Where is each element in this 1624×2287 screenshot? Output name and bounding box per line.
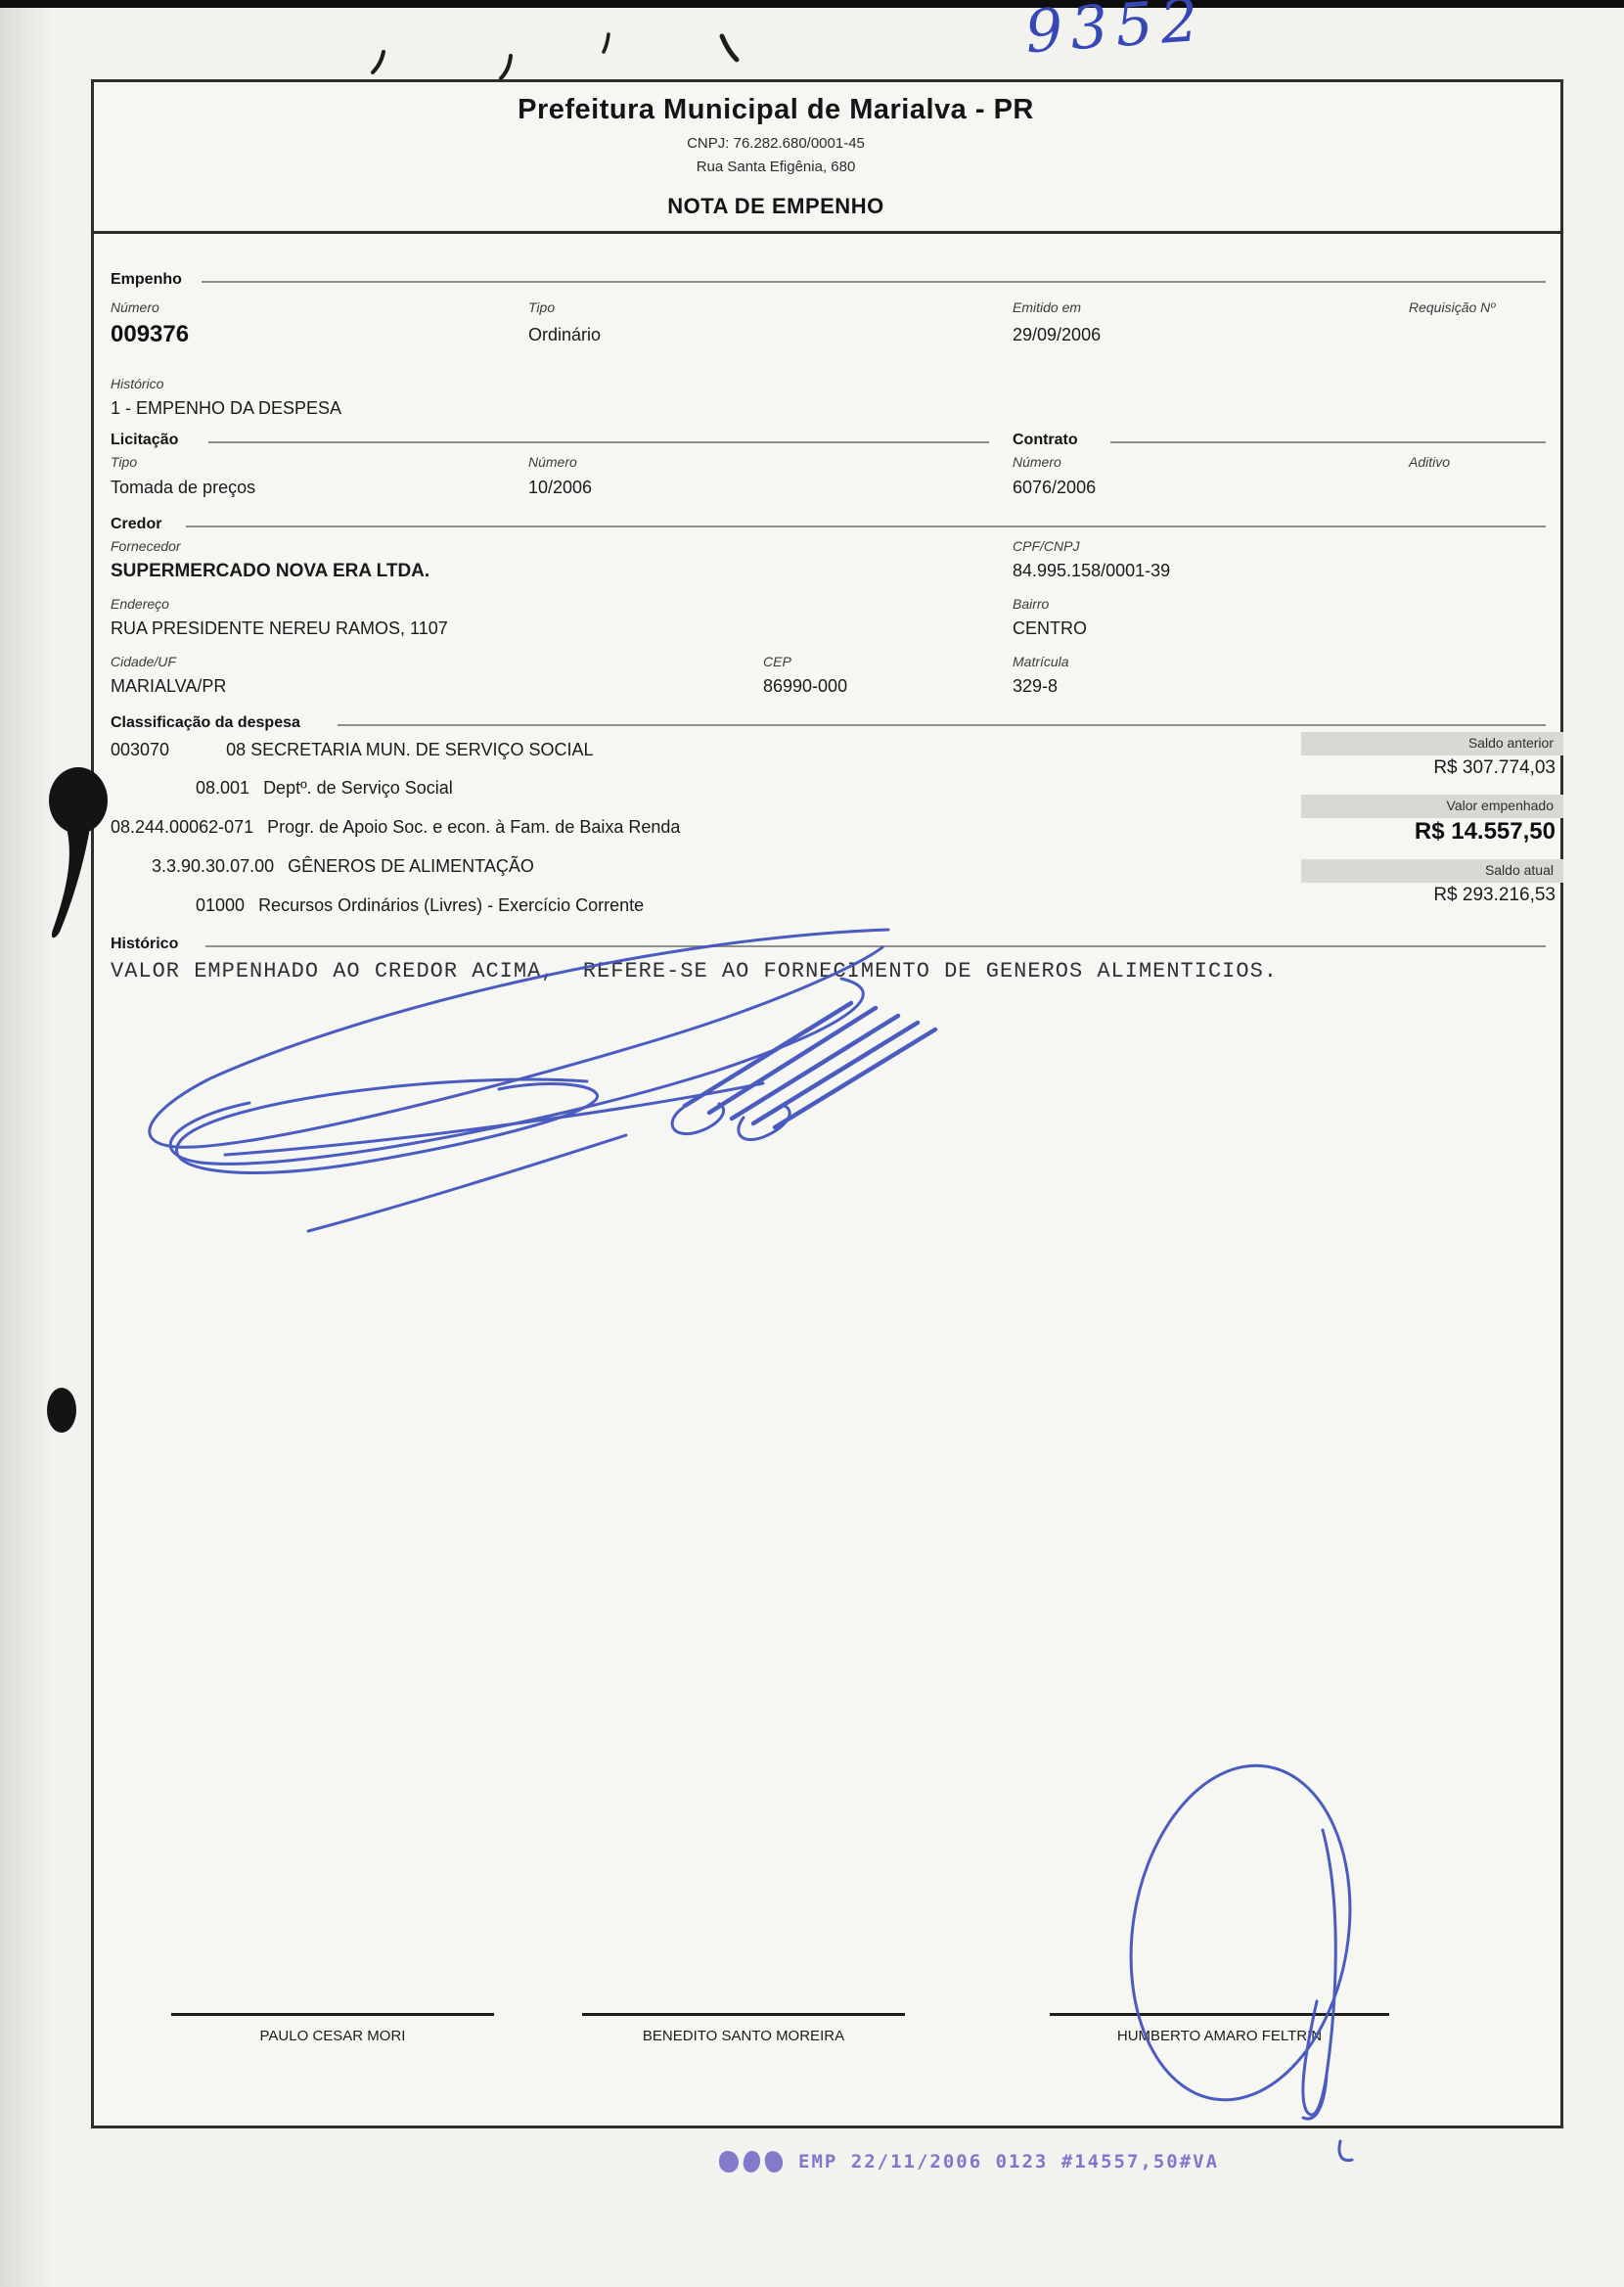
field-endereco-value: RUA PRESIDENTE NEREU RAMOS, 1107 [111, 618, 448, 639]
stamp-blob [763, 2150, 785, 2174]
section-credor: Credor [111, 516, 161, 533]
classification-row: 08.244.00062-071Progr. de Apoio Soc. e e… [111, 817, 680, 838]
field-licitacao-numero-label: Número [528, 454, 577, 470]
classification-code: 08.244.00062-071 [111, 817, 253, 837]
classification-desc: Progr. de Apoio Soc. e econ. à Fam. de B… [267, 817, 680, 837]
field-fornecedor-label: Fornecedor [111, 538, 181, 554]
stamp-text: EMP 22/11/2006 0123 #14557,50#VA [798, 2151, 1219, 2173]
field-cep-value: 86990-000 [763, 676, 847, 697]
classification-code: 3.3.90.30.07.00 [152, 856, 274, 876]
ink-dot [45, 1386, 80, 1437]
field-cpfcnpj-value: 84.995.158/0001-39 [1013, 561, 1170, 581]
section-rule [186, 526, 1546, 527]
section-licitacao: Licitação [111, 432, 178, 449]
field-contrato-numero-value: 6076/2006 [1013, 478, 1096, 498]
section-classificacao: Classificação da despesa [111, 714, 300, 732]
saldo-atual-label: Saldo atual [1485, 862, 1554, 878]
saldo-anterior-value: R$ 307.774,03 [1272, 757, 1556, 779]
header-divider [91, 231, 1563, 234]
field-contrato-aditivo-label: Aditivo [1409, 454, 1450, 470]
stamp-blob [742, 2149, 763, 2173]
field-empenho-numero-value: 009376 [111, 321, 189, 348]
field-cep-label: CEP [763, 654, 791, 669]
field-contrato-numero-label: Número [1013, 454, 1061, 470]
bank-stamp: EMP 22/11/2006 0123 #14557,50#VA [719, 2151, 1219, 2173]
section-rule [202, 281, 1546, 283]
saldo-anterior-bar: Saldo anterior [1301, 732, 1563, 755]
pen-marks [362, 24, 753, 83]
classification-row: 3.3.90.30.07.00GÊNEROS DE ALIMENTAÇÃO [152, 856, 534, 877]
signature-scribble [78, 910, 939, 1262]
field-empenho-historico-label: Histórico [111, 376, 163, 391]
section-empenho: Empenho [111, 271, 182, 289]
field-empenho-numero-label: Número [111, 299, 159, 315]
section-rule [208, 441, 989, 443]
field-bairro-label: Bairro [1013, 596, 1049, 612]
classification-desc: 08 SECRETARIA MUN. DE SERVIÇO SOCIAL [226, 740, 593, 759]
field-licitacao-tipo-value: Tomada de preços [111, 478, 255, 498]
field-bairro-value: CENTRO [1013, 618, 1087, 639]
classification-row: 00307008 SECRETARIA MUN. DE SERVIÇO SOCI… [111, 740, 594, 760]
ink-blob [39, 761, 122, 952]
classification-desc: GÊNEROS DE ALIMENTAÇÃO [288, 856, 534, 876]
field-empenho-historico-value: 1 - EMPENHO DA DESPESA [111, 398, 341, 419]
field-requisicao-label: Requisição Nº [1409, 299, 1495, 315]
section-rule [1110, 441, 1546, 443]
saldo-atual-bar: Saldo atual [1301, 859, 1563, 883]
section-contrato: Contrato [1013, 432, 1078, 449]
field-fornecedor-value: SUPERMERCADO NOVA ERA LTDA. [111, 561, 429, 582]
field-matricula-value: 329-8 [1013, 676, 1058, 697]
cnpj-line: CNPJ: 76.282.680/0001-45 [91, 135, 1461, 152]
stamp-mark-icon [719, 2151, 783, 2173]
municipality-title: Prefeitura Municipal de Marialva - PR [91, 94, 1461, 126]
signature-line [171, 2013, 494, 2016]
document-title: NOTA DE EMPENHO [91, 194, 1461, 219]
handwritten-page-number: 9352 [1023, 0, 1208, 67]
field-licitacao-numero-value: 10/2006 [528, 478, 592, 498]
valor-empenhado-bar: Valor empenhado [1301, 795, 1563, 818]
classification-desc: Deptº. de Serviço Social [263, 778, 453, 798]
field-empenho-tipo-label: Tipo [528, 299, 555, 315]
section-rule [338, 724, 1546, 726]
oval-signature-scribble [1096, 1752, 1399, 2182]
field-licitacao-tipo-label: Tipo [111, 454, 137, 470]
field-empenho-emitido-value: 29/09/2006 [1013, 325, 1101, 345]
field-empenho-tipo-value: Ordinário [528, 325, 601, 345]
scanned-document-page: 9352 Prefeitura Municipal de Marialva - … [0, 0, 1624, 2287]
scan-edge-strip [0, 0, 1624, 8]
valor-empenhado-label: Valor empenhado [1447, 798, 1554, 813]
classification-code: 003070 [111, 740, 169, 759]
saldo-atual-value: R$ 293.216,53 [1272, 885, 1556, 906]
saldo-anterior-label: Saldo anterior [1468, 735, 1554, 751]
signature-name: BENEDITO SANTO MOREIRA [582, 2028, 905, 2044]
valor-empenhado-value: R$ 14.557,50 [1272, 818, 1556, 846]
field-matricula-label: Matrícula [1013, 654, 1069, 669]
field-cpfcnpj-label: CPF/CNPJ [1013, 538, 1079, 554]
field-cidade-value: MARIALVA/PR [111, 676, 226, 697]
classification-row: 08.001Deptº. de Serviço Social [196, 778, 453, 799]
field-empenho-emitido-label: Emitido em [1013, 299, 1081, 315]
field-endereco-label: Endereço [111, 596, 169, 612]
classification-code: 08.001 [196, 778, 249, 798]
signature-name: PAULO CESAR MORI [171, 2028, 494, 2044]
stamp-blob [719, 2151, 739, 2173]
signature-line [582, 2013, 905, 2016]
address-line: Rua Santa Efigênia, 680 [91, 159, 1461, 175]
field-cidade-label: Cidade/UF [111, 654, 176, 669]
